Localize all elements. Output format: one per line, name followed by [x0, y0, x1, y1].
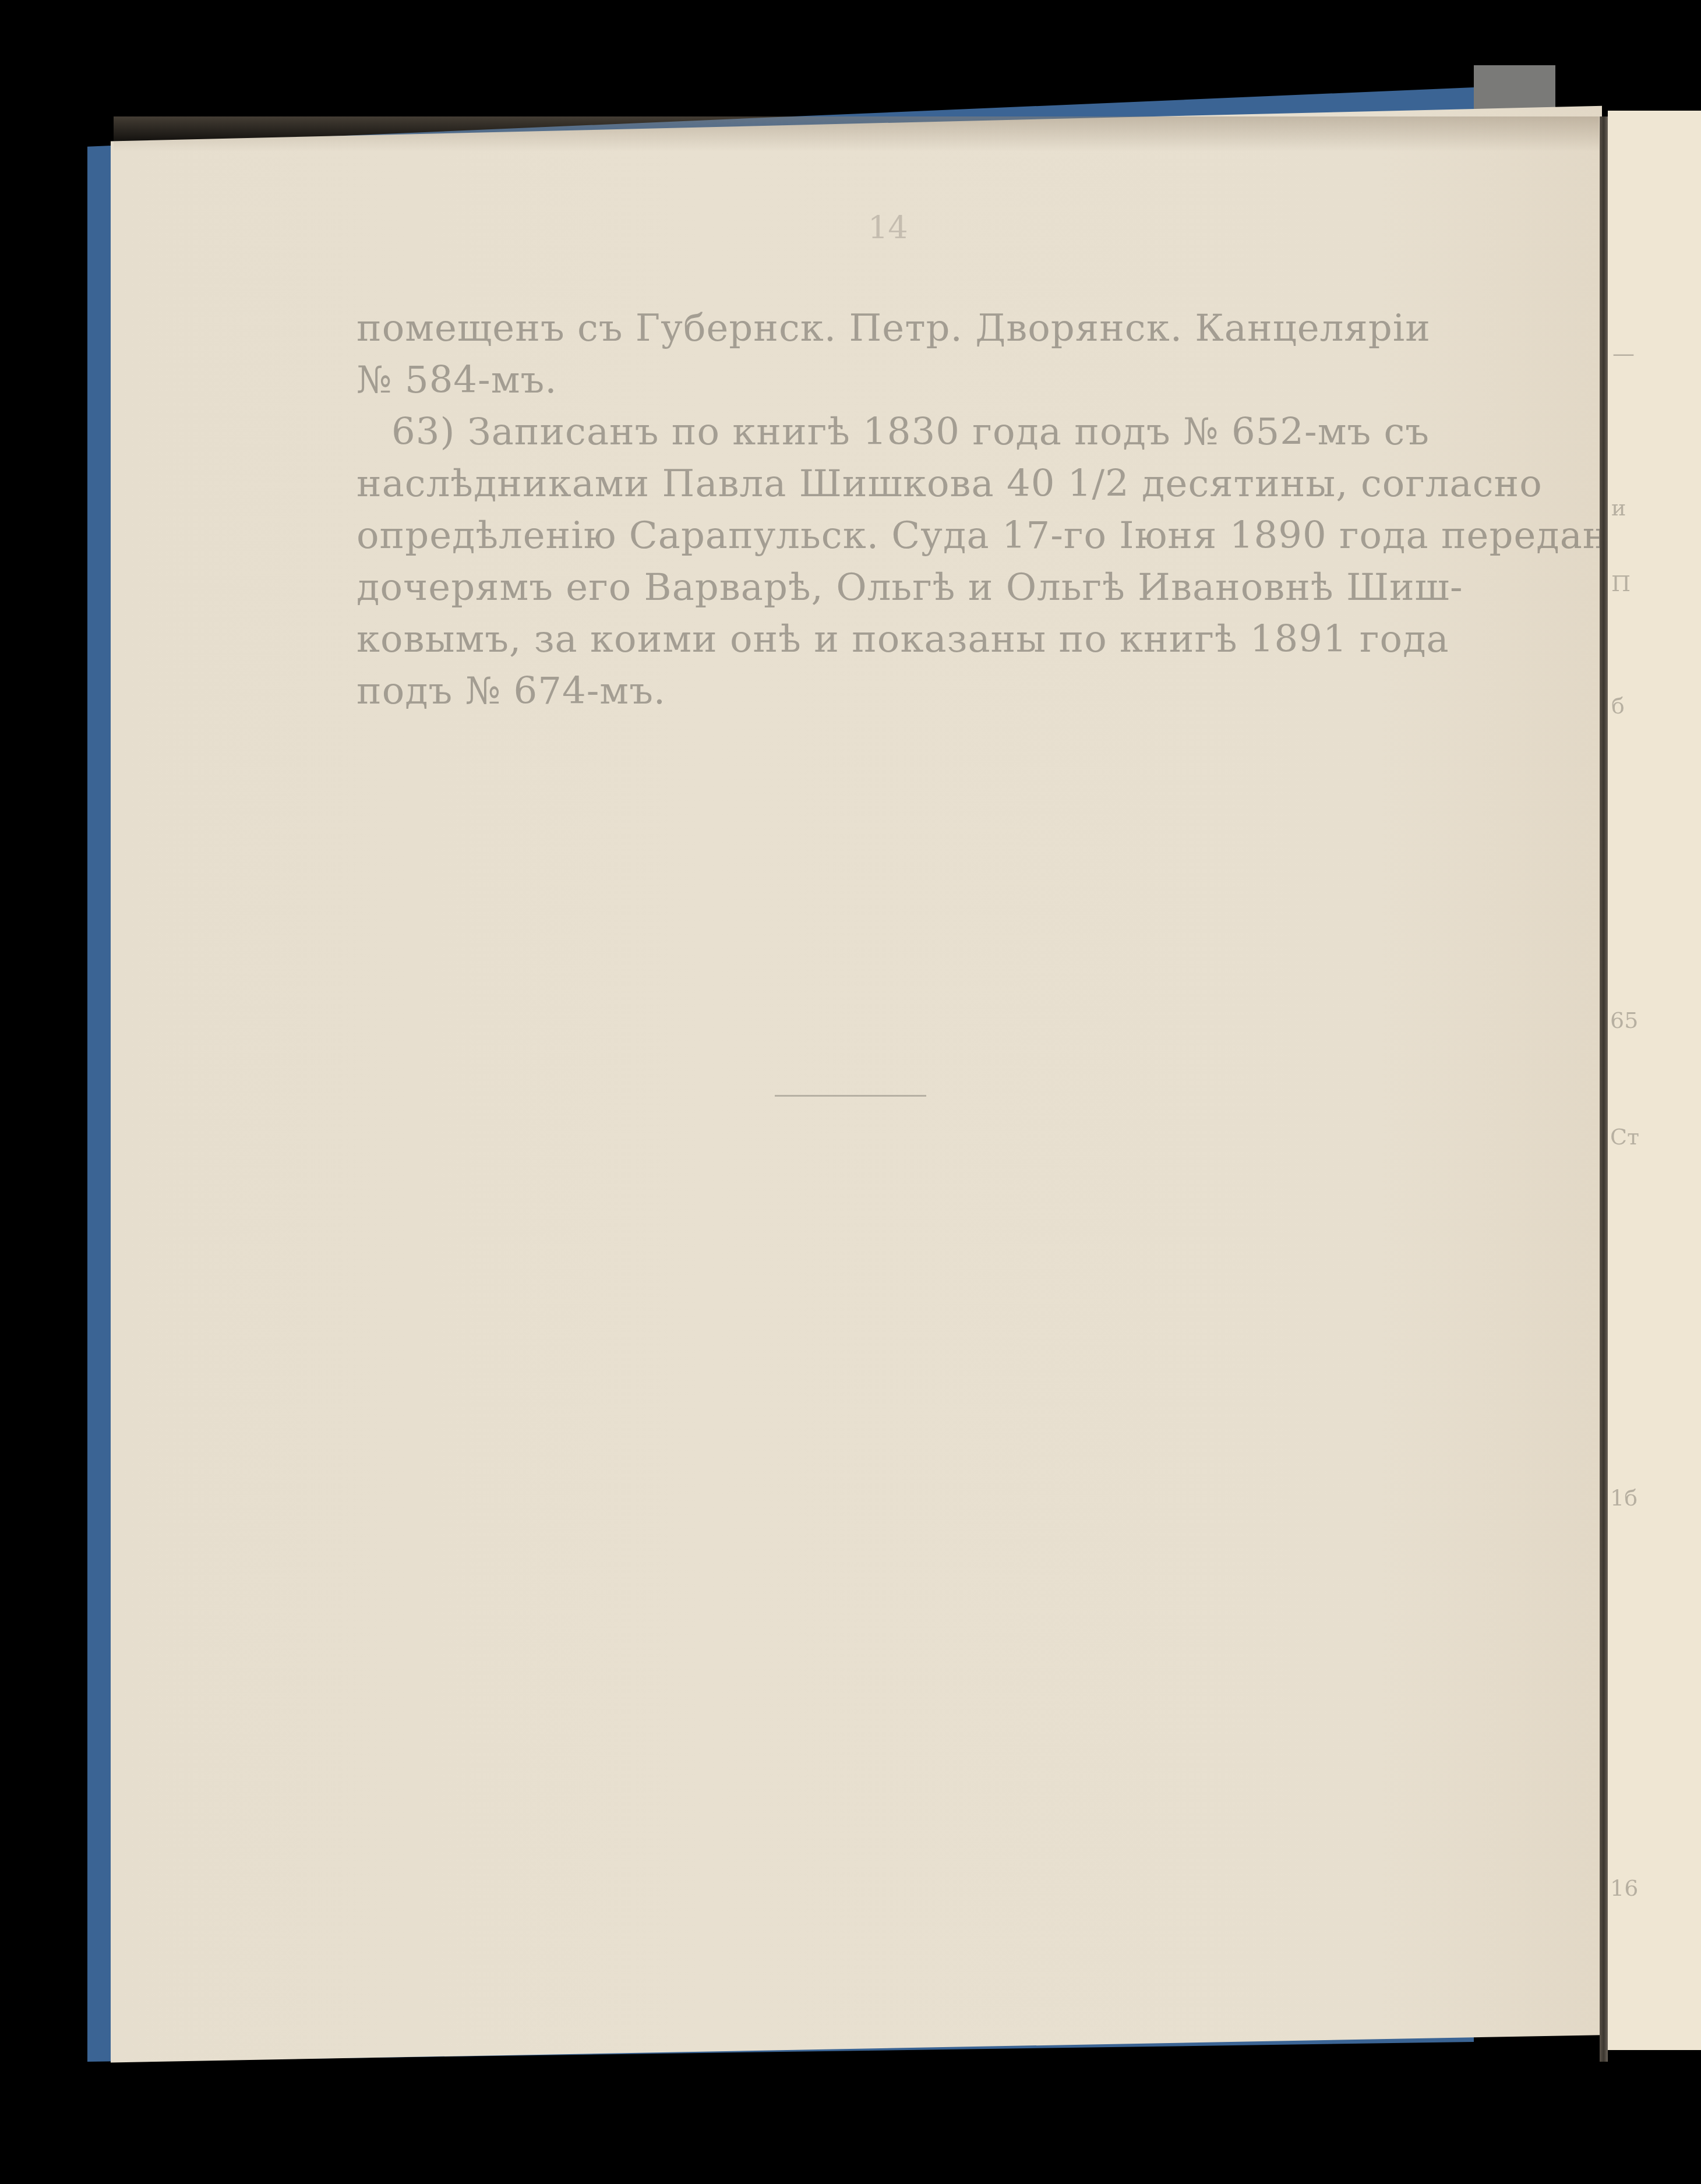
text-block: помещенъ съ Губернск. Петр. Дворянск. Ка… — [357, 303, 1405, 718]
edge-fragment: 1б — [1610, 1485, 1638, 1511]
text-line: 63) Записанъ по книгѣ 1830 года подъ № 6… — [357, 407, 1405, 458]
right-page: — и П б 65 Ст 1б 16 — [1608, 111, 1701, 2050]
page-edge-shadow — [114, 116, 1599, 151]
edge-fragment: — — [1612, 341, 1635, 366]
text-line: опредѣленiю Сарапульск. Суда 17-го Iюня … — [357, 510, 1405, 562]
edge-fragment: и — [1611, 495, 1626, 521]
edge-fragment: 65 — [1610, 1008, 1638, 1033]
edge-fragment: 16 — [1610, 1875, 1638, 1901]
horizontal-rule — [775, 1095, 926, 1097]
text-line: подъ № 674-мъ. — [357, 666, 1405, 718]
edge-fragment: Ст — [1610, 1124, 1639, 1150]
text-line: наслѣдниками Павла Шишкова 40 1/2 десяти… — [357, 458, 1405, 510]
edge-fragment: б — [1611, 693, 1625, 719]
page-number: 14 — [868, 210, 908, 246]
edge-fragment: П — [1611, 571, 1631, 596]
text-line: № 584-мъ. — [357, 355, 1405, 407]
text-line: ковымъ, за коими онѣ и показаны по книгѣ… — [357, 614, 1405, 666]
book-gutter — [1600, 116, 1608, 2062]
text-line: дочерямъ его Варварѣ, Ольгѣ и Ольгѣ Иван… — [357, 562, 1405, 614]
text-line: помещенъ съ Губернск. Петр. Дворянск. Ка… — [357, 303, 1405, 355]
